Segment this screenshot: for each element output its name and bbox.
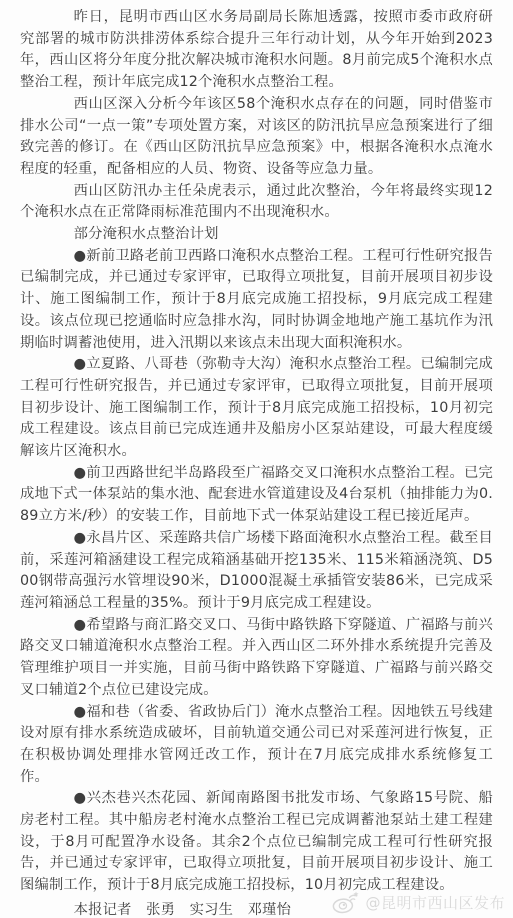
bullet-item-5: ●希望路与商汇路交叉口、马街中路铁路下穿隧道、广福路与前兴路交叉口辅道淹积水点整… [20, 615, 493, 702]
paragraph-lead: 昨日，昆明市西山区水务局副局长陈旭透露，按照市委市政府研究部署的城市防洪排涝体系… [20, 7, 493, 94]
weibo-icon [330, 890, 360, 915]
paragraph-official-quote: 西山区防汛办主任朵虎表示，通过此次整治，今年将最终实现12个淹积水点在正常降雨标… [20, 181, 493, 224]
bullet-item-2: ●立夏路、八哥巷（弥勒寺大沟）淹积水点整治工程。已编制完成工程可行性研究报告，并… [20, 354, 493, 463]
bullet-item-4: ●永昌片区、采莲路共信广场楼下路面淹积水点整治工程。截至目前，采莲河箱涵建设工程… [20, 528, 493, 615]
section-heading: 部分淹积水点整治计划 [20, 224, 493, 246]
article-page: 昨日，昆明市西山区水务局副局长陈旭透露，按照市委市政府研究部署的城市防洪排涝体系… [0, 0, 513, 918]
bullet-item-7: ●兴杰巷兴杰花园、新闻南路图书批发市场、气象路15号院、船房老村工程。其中船房老… [20, 788, 493, 897]
watermark-text: @昆明市西山区发布 [365, 892, 505, 913]
bullet-item-6: ●福和巷（省委、省政协后门）淹水点整治工程。因地铁五号线建设对原有排水系统造成破… [20, 702, 493, 789]
weibo-watermark: @昆明市西山区发布 [330, 890, 505, 915]
article-body: 昨日，昆明市西山区水务局副局长陈旭透露，按照市委市政府研究部署的城市防洪排涝体系… [0, 0, 513, 918]
bullet-item-1: ●新前卫路老前卫西路口淹积水点整治工程。工程可行性研究报告已编制完成，并已通过专… [20, 246, 493, 355]
bullet-item-3: ●前卫西路世纪半岛路段至广福路交叉口淹积水点整治工程。已完成地下式一体泵站的集水… [20, 463, 493, 528]
paragraph-analysis: 西山区深入分析今年该区58个淹积水点存在的问题，同时借鉴市排水公司“一点一策”专… [20, 94, 493, 181]
